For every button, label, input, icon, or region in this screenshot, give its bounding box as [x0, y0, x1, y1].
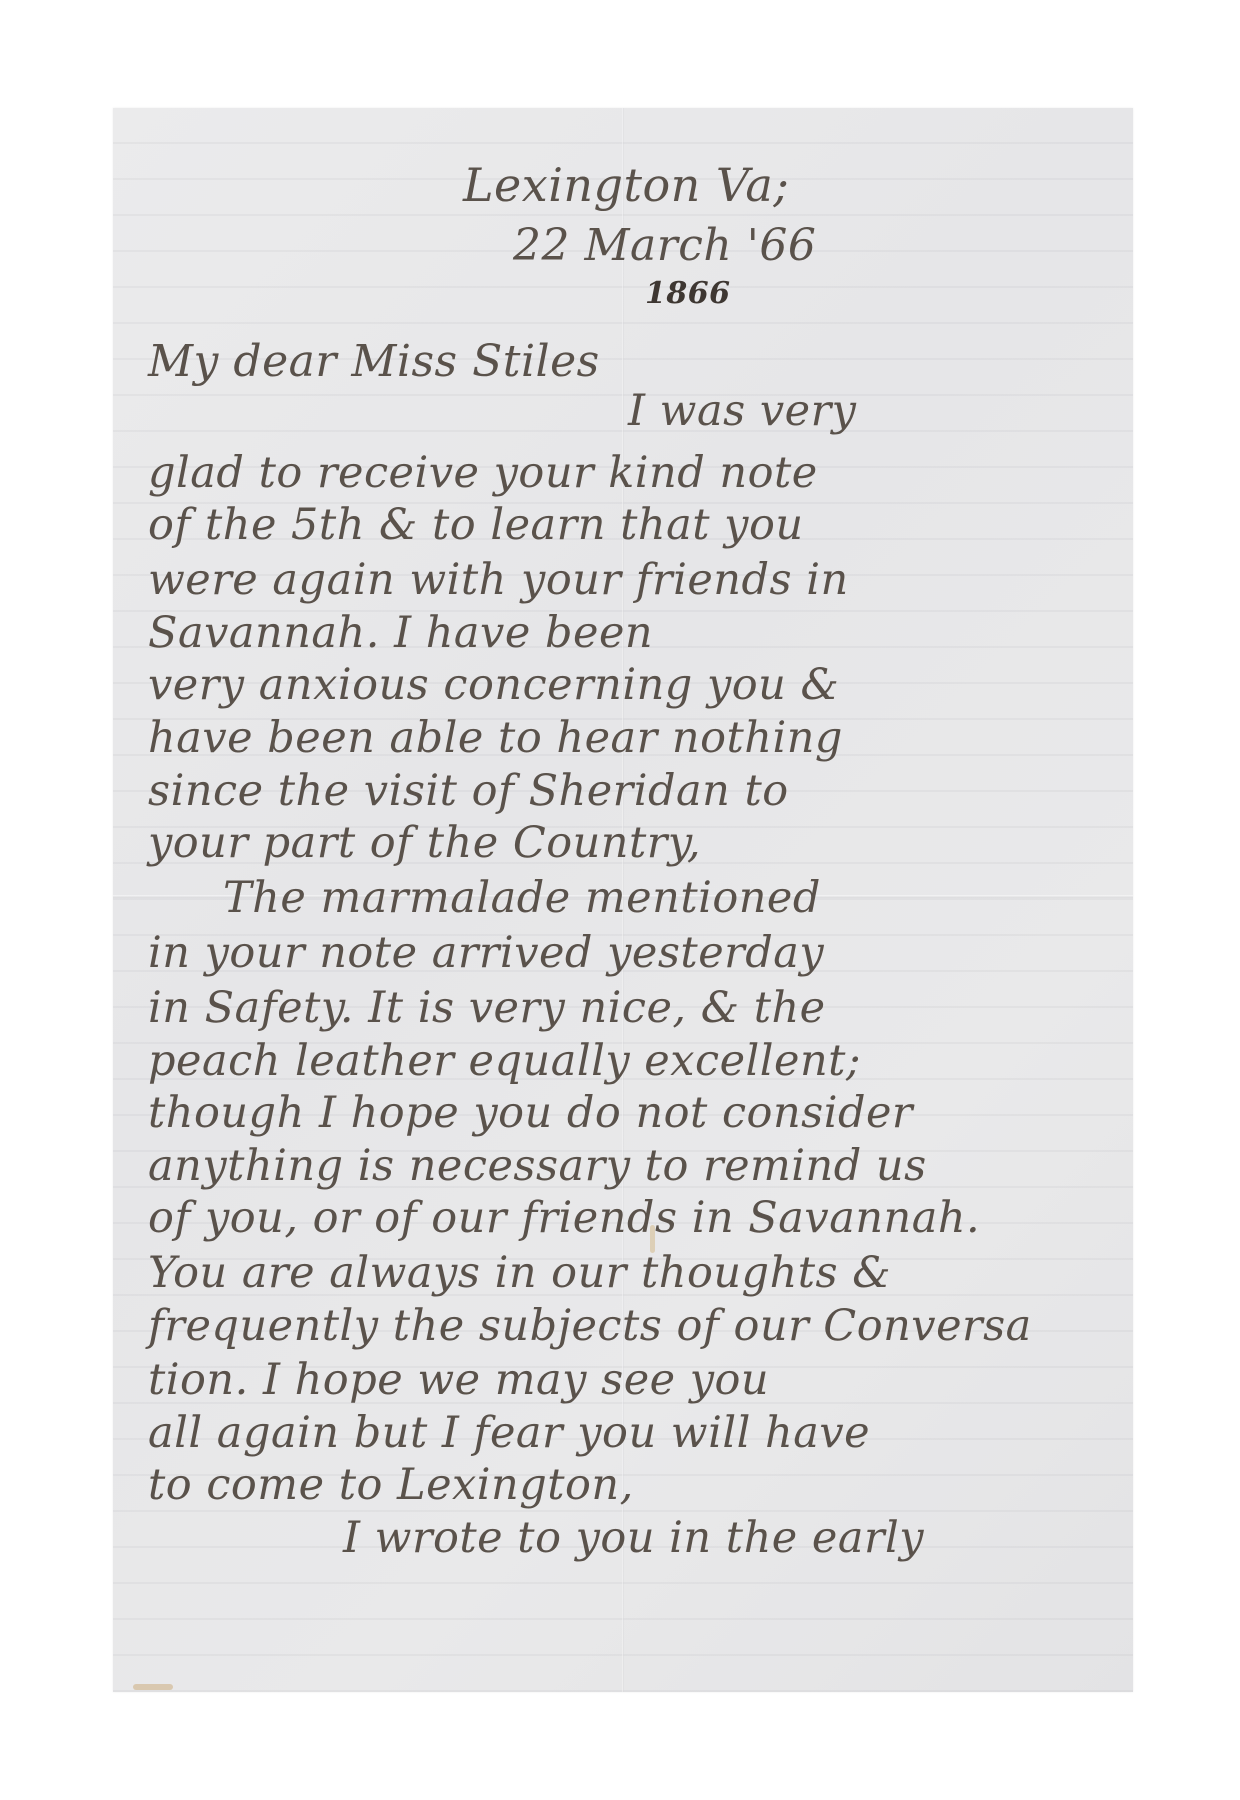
letter-line: I was very [628, 386, 856, 436]
paper-stain [133, 1684, 173, 1690]
letter-line: though I hope you do not consider [148, 1088, 913, 1138]
letter-line: your part of the Country, [148, 818, 701, 868]
letter-salutation: My dear Miss Stiles [148, 336, 600, 387]
letter-line: of the 5th & to learn that you [148, 500, 804, 550]
letter-line: tion. I hope we may see you [148, 1355, 769, 1405]
letter-line: of you, or of our friends in Savannah. [148, 1193, 980, 1243]
letter-line: I wrote to you in the early [343, 1513, 924, 1563]
letter-line: to come to Lexington, [148, 1460, 634, 1510]
letter-place: Lexington Va; [463, 158, 789, 212]
letter-line: Savannah. I have been [148, 608, 653, 658]
letter-line: have been able to hear nothing [148, 713, 843, 763]
letter-page: Lexington Va; 22 March '66 1866 My dear … [113, 108, 1133, 1692]
letter-line: very anxious concerning you & [148, 660, 839, 710]
letter-line: in Safety. It is very nice, & the [148, 983, 826, 1033]
letter-line: peach leather equally excellent; [148, 1036, 861, 1086]
letter-year-annotation: 1866 [645, 276, 731, 311]
letter-line: glad to receive your kind note [148, 448, 818, 498]
letter-line: all again but I fear you will have [148, 1408, 870, 1458]
letter-line: You are always in our thoughts & [148, 1248, 891, 1298]
letter-date: 22 March '66 [513, 220, 816, 271]
letter-line: anything is necessary to remind us [148, 1141, 927, 1191]
letter-line: in your note arrived yesterday [148, 928, 824, 978]
letter-line: since the visit of Sheridan to [148, 766, 789, 816]
letter-line: frequently the subjects of our Conversa [148, 1301, 1032, 1351]
letter-line: The marmalade mentioned [223, 873, 821, 923]
letter-line: were again with your friends in [148, 555, 849, 605]
